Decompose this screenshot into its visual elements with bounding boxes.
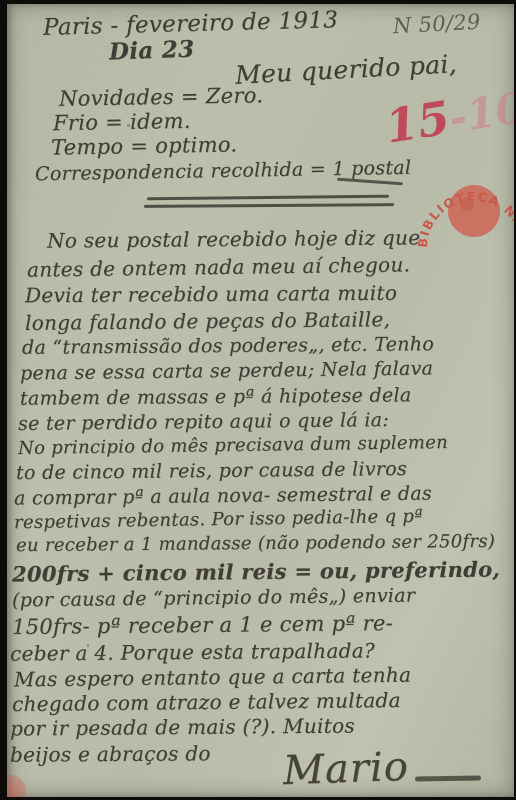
status-line-frio: Frio = idem. (53, 110, 191, 135)
paper-speck (87, 644, 89, 647)
body-line: Mas espero entanto que a carta tenha (14, 664, 411, 691)
day-line: Dia 23 (109, 37, 195, 65)
body-line: longa falando de peças do Bataille, (25, 308, 390, 334)
header-divider-line-1 (147, 195, 389, 200)
body-line: No principio do mês precisava dum suplem… (18, 433, 448, 459)
body-line: ceber a 4. Porque esta trapalhada? (10, 639, 375, 664)
body-line: eu receber a 1 mandasse (não podendo ser… (16, 532, 495, 556)
body-line: antes de ontem nada meu aí chegou. (27, 253, 410, 280)
body-line: tambem de massas e pª á hipotese dela (20, 385, 412, 409)
body-line: 200frs + cinco mil reis = ou, preferindo… (12, 557, 500, 585)
body-line: No seu postal recebido hoje diz que (47, 226, 421, 251)
paper-speck (437, 64, 439, 66)
status-line-novidades: Novidades = Zero. (59, 84, 264, 111)
body-line: pena se essa carta se perdeu; Nela falav… (20, 358, 433, 384)
body-line: a comprar pª a aula nova- semestral e da… (14, 483, 432, 509)
body-line: (por causa de “principio do mês„) enviar (12, 586, 415, 612)
body-line: chegado com atrazo e talvez multada (12, 689, 401, 715)
body-line: se ter perdido repito aqui o que lá ia: (18, 410, 389, 435)
body-line: por ir pesada de mais (?). Muitos (10, 714, 355, 739)
body-line: beijos e abraços do (10, 742, 211, 765)
library-stamp: BIBLIOTECA NACIONAL. (405, 154, 514, 264)
body-line: 150frs- pª receber a 1 e cem pª re- (12, 612, 393, 639)
body-line: to de cinco mil reis, por causa de livro… (16, 459, 407, 484)
paper-speck (307, 474, 310, 476)
signature: Mario (282, 744, 409, 794)
svg-text:BIBLIOTECA NACIONAL.: BIBLIOTECA NACIONAL. (405, 154, 514, 248)
body-line: Devia ter recebido uma carta muito (25, 282, 397, 307)
archive-number: N 50/29 (392, 11, 481, 39)
status-line-tempo: Tempo = optimo. (51, 133, 238, 159)
salutation-line: Meu querido pai, (234, 50, 457, 89)
corner-stamp-smudge (7, 774, 27, 797)
red-marking-bold-part: 15 (382, 90, 454, 153)
body-line: da “transmissão dos poderes„, etc. Tenho (22, 334, 434, 358)
paper-speck (127, 124, 130, 127)
header-divider-line-2 (144, 203, 394, 207)
red-price-marking: 15-10. (382, 76, 514, 154)
signature-flourish (415, 775, 481, 781)
stamp-arc-text: BIBLIOTECA NACIONAL. (405, 154, 514, 248)
body-line: respetivas rebentas. Por isso pedia-lhe … (14, 507, 423, 533)
scan-background: Paris - fevereiro de 1913 N 50/29 Dia 23… (0, 0, 516, 800)
postcard-paper: Paris - fevereiro de 1913 N 50/29 Dia 23… (7, 4, 514, 797)
red-marking-faint-part: -10. (446, 80, 514, 143)
